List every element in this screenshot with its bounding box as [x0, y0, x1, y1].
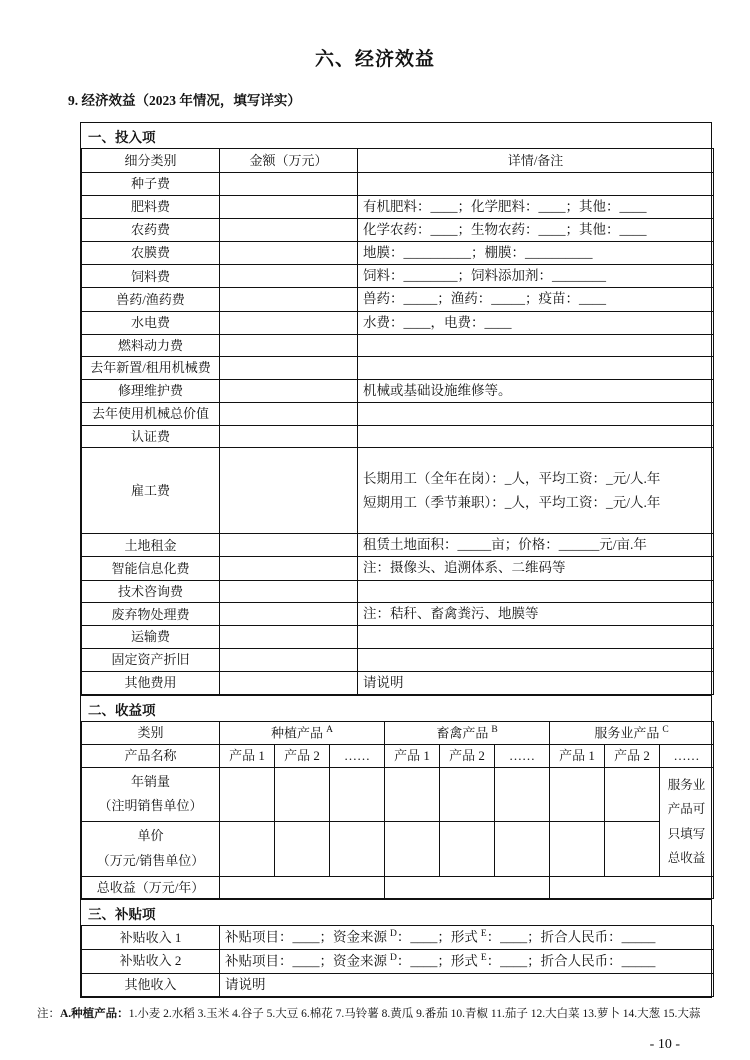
table-row: 修理维护费机械或基础设施维修等。	[82, 379, 714, 402]
row-label: 固定资产折旧	[82, 649, 220, 672]
detail-cell: 租赁土地面积：_____亩；价格：______元/亩.年	[358, 534, 714, 557]
product-name-header-row: 产品名称 产品 1 产品 2 …… 产品 1 产品 2 …… 产品 1 产品 2…	[82, 744, 714, 767]
footnote-prefix: 注：	[37, 1008, 60, 1020]
header-category: 细分类别	[82, 149, 220, 173]
detail-cell: 化学农药：____；生物农药：____；其他：____	[358, 218, 714, 241]
amount-cell	[220, 357, 358, 380]
row-label: 水电费	[82, 311, 220, 334]
row-label: 农膜费	[82, 241, 220, 264]
page-title: 六、经济效益	[0, 44, 750, 71]
detail-cell: 地膜：__________；棚膜：__________	[358, 241, 714, 264]
long-term-labor-line: 长期用工（全年在岗）：_人，平均工资：_元/人.年	[363, 467, 708, 491]
table-row: 燃料动力费	[82, 334, 714, 357]
detail-cell: 水费：____，电费：____	[358, 311, 714, 334]
footnote-items: 1.小麦 2.水稻 3.玉米 4.谷子 5.大豆 6.棉花 7.马铃薯 8.黄瓜…	[129, 1008, 701, 1020]
col-product-2: 产品 2	[275, 744, 330, 767]
total-cell-livestock	[385, 876, 550, 899]
input-cost-table: 细分类别 金额（万元） 详情/备注 种子费 肥料费有机肥料：____；化学肥料：…	[81, 148, 714, 695]
revenue-category-header-row: 类别 种植产品A 畜禽产品B 服务业产品C	[82, 721, 714, 744]
col-product-2: 产品 2	[440, 744, 495, 767]
amount-cell	[220, 557, 358, 580]
value-cell	[330, 767, 385, 821]
group-header-planting: 种植产品A	[220, 721, 385, 744]
value-cell	[495, 822, 550, 876]
value-cell	[385, 767, 440, 821]
value-cell	[605, 767, 660, 821]
detail-cell: 长期用工（全年在岗）：_人，平均工资：_元/人.年 短期用工（季节兼职）：_人，…	[358, 448, 714, 534]
row-label: 种子费	[82, 173, 220, 196]
table-row: 固定资产折旧	[82, 649, 714, 672]
superscript-c: C	[662, 725, 668, 735]
header-detail: 详情/备注	[358, 149, 714, 173]
category-header: 类别	[82, 721, 220, 744]
table-row: 种子费	[82, 173, 714, 196]
value-cell	[385, 822, 440, 876]
row-label: 其他收入	[82, 973, 220, 996]
row-label: 雇工费	[82, 448, 220, 534]
value-cell	[605, 822, 660, 876]
amount-cell	[220, 671, 358, 694]
value-cell	[275, 767, 330, 821]
page-number: - 10 -	[0, 1037, 680, 1053]
subsidy-table: 补贴收入 1 补贴项目：____；资金来源D：____；形式E：____；折合人…	[81, 925, 714, 997]
value-cell	[550, 822, 605, 876]
header-amount: 金额（万元）	[220, 149, 358, 173]
value-cell	[220, 767, 275, 821]
footnote-category: A.种植产品：	[60, 1008, 129, 1020]
detail-cell: 机械或基础设施维修等。	[358, 379, 714, 402]
superscript-a: A	[326, 725, 333, 735]
table-row: 饲料费饲料：________；饲料添加剂：________	[82, 265, 714, 288]
amount-cell	[220, 173, 358, 196]
amount-cell	[220, 626, 358, 649]
table-row-hired-labor: 雇工费 长期用工（全年在岗）：_人，平均工资：_元/人.年 短期用工（季节兼职）…	[82, 448, 714, 534]
table-row: 运输费	[82, 626, 714, 649]
amount-cell	[220, 379, 358, 402]
amount-cell	[220, 241, 358, 264]
table-row: 肥料费有机肥料：____；化学肥料：____；其他：____	[82, 195, 714, 218]
amount-cell	[220, 649, 358, 672]
row-label: 智能信息化费	[82, 557, 220, 580]
group-header-service: 服务业产品C	[550, 721, 714, 744]
detail-cell	[358, 649, 714, 672]
col-ellipsis: ……	[330, 744, 385, 767]
detail-cell	[358, 580, 714, 603]
col-ellipsis: ……	[495, 744, 550, 767]
detail-cell: 兽药：_____；渔药：_____；疫苗：____	[358, 288, 714, 311]
detail-cell	[358, 357, 714, 380]
table-row: 兽药/渔药费兽药：_____；渔药：_____；疫苗：____	[82, 288, 714, 311]
unit-price-row: 单价 （万元/销售单位）	[82, 822, 714, 876]
detail-cell: 注：秸秆、畜禽粪污、地膜等	[358, 603, 714, 626]
row-label: 总收益（万元/年）	[82, 876, 220, 899]
detail-cell	[358, 425, 714, 448]
section-title-revenue: 二、收益项	[81, 695, 711, 721]
row-label: 兽药/渔药费	[82, 288, 220, 311]
detail-cell: 补贴项目：____；资金来源D：____；形式E：____；折合人民币：____…	[220, 949, 714, 973]
superscript-d: D	[390, 929, 397, 939]
amount-cell	[220, 311, 358, 334]
detail-cell	[358, 334, 714, 357]
revenue-table: 类别 种植产品A 畜禽产品B 服务业产品C 产品名称 产品 1 产品 2 …… …	[81, 721, 714, 899]
row-label: 补贴收入 2	[82, 949, 220, 973]
amount-cell	[220, 334, 358, 357]
amount-cell	[220, 425, 358, 448]
row-label: 去年使用机械总价值	[82, 403, 220, 426]
row-label: 其他费用	[82, 671, 220, 694]
col-product-2: 产品 2	[605, 744, 660, 767]
detail-cell	[358, 626, 714, 649]
table-row: 水电费水费：____，电费：____	[82, 311, 714, 334]
table-row: 智能信息化费注：摄像头、追溯体系、二维码等	[82, 557, 714, 580]
service-product-note: 服务业产品可只填写总收益	[660, 767, 714, 876]
product-name-header: 产品名称	[82, 744, 220, 767]
table-row: 认证费	[82, 425, 714, 448]
detail-cell: 有机肥料：____；化学肥料：____；其他：____	[358, 195, 714, 218]
detail-cell: 注：摄像头、追溯体系、二维码等	[358, 557, 714, 580]
amount-cell	[220, 603, 358, 626]
table-row: 废弃物处理费注：秸秆、畜禽粪污、地膜等	[82, 603, 714, 626]
row-label: 燃料动力费	[82, 334, 220, 357]
row-label: 农药费	[82, 218, 220, 241]
row-label: 运输费	[82, 626, 220, 649]
table-header-row: 细分类别 金额（万元） 详情/备注	[82, 149, 714, 173]
detail-cell: 请说明	[220, 973, 714, 996]
other-income-row: 其他收入 请说明	[82, 973, 714, 996]
detail-cell: 请说明	[358, 671, 714, 694]
short-term-labor-line: 短期用工（季节兼职）：_人，平均工资：_元/人.年	[363, 491, 708, 515]
value-cell	[495, 767, 550, 821]
row-label: 认证费	[82, 425, 220, 448]
subsidy-row-2: 补贴收入 2 补贴项目：____；资金来源D：____；形式E：____；折合人…	[82, 949, 714, 973]
row-label: 年销量 （注明销售单位）	[82, 767, 220, 821]
question-heading: 9. 经济效益（2023 年情况，填写详实）	[68, 89, 750, 109]
footnote: 注：A.种植产品：1.小麦 2.水稻 3.玉米 4.谷子 5.大豆 6.棉花 7…	[37, 1005, 750, 1021]
col-ellipsis: ……	[660, 744, 714, 767]
value-cell	[220, 822, 275, 876]
annual-sales-row: 年销量 （注明销售单位） 服务业产品可只填写总收益	[82, 767, 714, 821]
document-page: 六、经济效益 9. 经济效益（2023 年情况，填写详实） 一、投入项 细分类别…	[0, 44, 750, 1053]
amount-cell	[220, 403, 358, 426]
amount-cell	[220, 534, 358, 557]
table-row: 去年新置/租用机械费	[82, 357, 714, 380]
value-cell	[275, 822, 330, 876]
table-row: 农膜费地膜：__________；棚膜：__________	[82, 241, 714, 264]
value-cell	[330, 822, 385, 876]
row-label: 土地租金	[82, 534, 220, 557]
row-label: 肥料费	[82, 195, 220, 218]
amount-cell	[220, 580, 358, 603]
total-cell-service	[550, 876, 714, 899]
section-title-subsidy: 三、补贴项	[81, 899, 711, 925]
table-row: 农药费化学农药：____；生物农药：____；其他：____	[82, 218, 714, 241]
detail-cell	[358, 173, 714, 196]
group-header-livestock: 畜禽产品B	[385, 721, 550, 744]
subsidy-row-1: 补贴收入 1 补贴项目：____；资金来源D：____；形式E：____；折合人…	[82, 926, 714, 950]
row-label: 饲料费	[82, 265, 220, 288]
superscript-b: B	[491, 725, 497, 735]
row-label: 单价 （万元/销售单位）	[82, 822, 220, 876]
value-cell	[440, 822, 495, 876]
row-label: 修理维护费	[82, 379, 220, 402]
superscript-d: D	[390, 953, 397, 963]
table-row: 其他费用请说明	[82, 671, 714, 694]
row-label: 技术咨询费	[82, 580, 220, 603]
table-row: 去年使用机械总价值	[82, 403, 714, 426]
value-cell	[550, 767, 605, 821]
row-label: 补贴收入 1	[82, 926, 220, 950]
table-row: 土地租金租赁土地面积：_____亩；价格：______元/亩.年	[82, 534, 714, 557]
total-cell-planting	[220, 876, 385, 899]
col-product-1: 产品 1	[385, 744, 440, 767]
detail-cell	[358, 403, 714, 426]
section-title-inputs: 一、投入项	[81, 123, 711, 148]
total-revenue-row: 总收益（万元/年）	[82, 876, 714, 899]
col-product-1: 产品 1	[550, 744, 605, 767]
row-label: 废弃物处理费	[82, 603, 220, 626]
amount-cell	[220, 265, 358, 288]
amount-cell	[220, 195, 358, 218]
detail-cell: 补贴项目：____；资金来源D：____；形式E：____；折合人民币：____…	[220, 926, 714, 950]
detail-cell: 饲料：________；饲料添加剂：________	[358, 265, 714, 288]
amount-cell	[220, 218, 358, 241]
amount-cell	[220, 288, 358, 311]
col-product-1: 产品 1	[220, 744, 275, 767]
row-label: 去年新置/租用机械费	[82, 357, 220, 380]
economic-benefit-form: 一、投入项 细分类别 金额（万元） 详情/备注 种子费 肥料费有机肥料：____…	[80, 122, 712, 998]
amount-cell	[220, 448, 358, 534]
table-row: 技术咨询费	[82, 580, 714, 603]
value-cell	[440, 767, 495, 821]
